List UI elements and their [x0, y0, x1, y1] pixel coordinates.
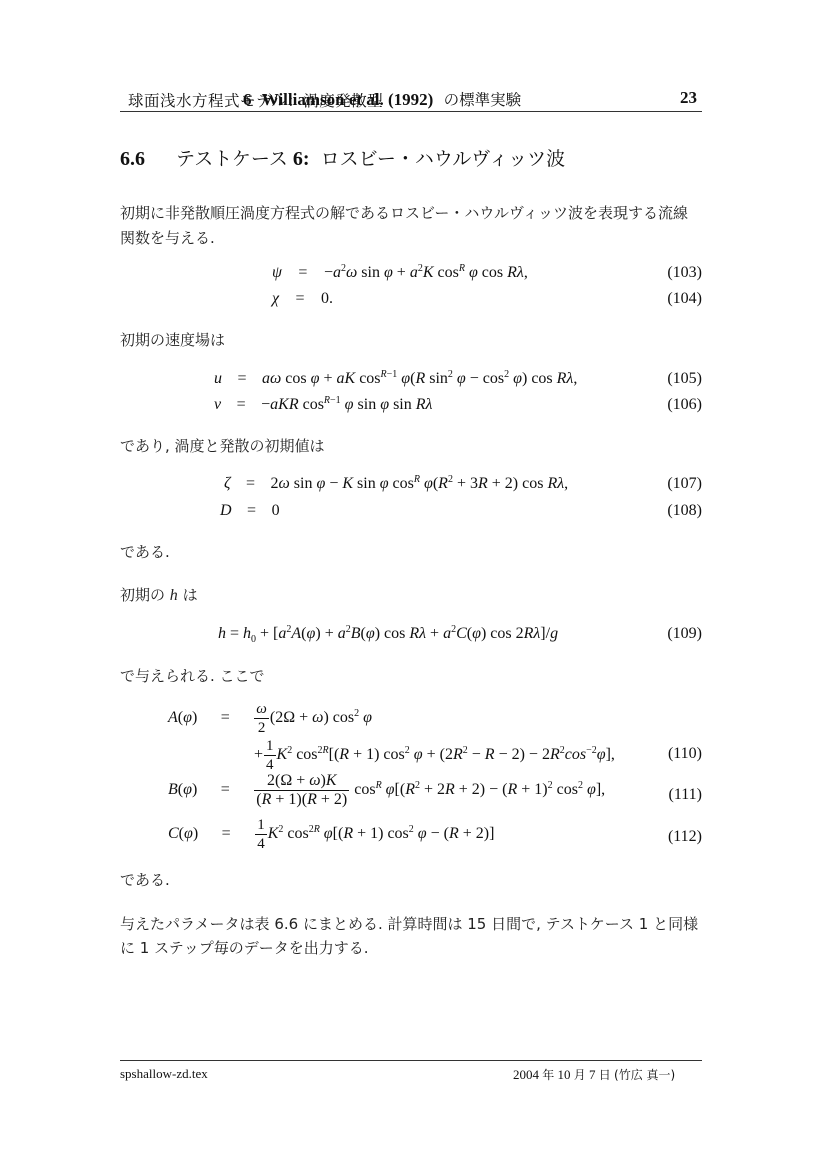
paragraph-intro: 初期に非発散順圧渦度方程式の解であるロスビー・ハウルヴィッツ波を表現する流線関数… — [120, 201, 702, 251]
footer-rule — [120, 1060, 702, 1061]
equation-number: (105) — [667, 370, 702, 388]
equation-number: (112) — [668, 828, 702, 846]
equation-107: ζ=2ω sin φ − K sin φ cosR φ(R2 + 3R + 2)… — [224, 475, 568, 493]
equation-111: B(φ)=2(Ω + ω)K(R + 1)(R + 2) cosR φ[(R2 … — [168, 772, 605, 809]
footer-filename: spshallow-zd.tex — [120, 1066, 208, 1082]
equation-104: χ=0. — [272, 290, 333, 308]
equation-number: (103) — [667, 264, 702, 282]
equation-106: v=−aKR cosR−1 φ sin φ sin Rλ — [214, 396, 432, 414]
equation-number: (108) — [667, 502, 702, 520]
paragraph-velocity: 初期の速度場は — [120, 328, 702, 353]
equation-number: (106) — [667, 396, 702, 414]
paragraph-initial-h: 初期の h は — [120, 583, 702, 608]
equation-110-line1: A(φ)=ω2(2Ω + ω) cos2 φ — [168, 700, 372, 737]
equation-number: (110) — [668, 745, 702, 763]
equation-105: u=aω cos φ + aK cosR−1 φ(R sin2 φ − cos2… — [214, 370, 577, 388]
footer-date-author: 2004 年 10 月 7 日 (竹広 真一) — [513, 1066, 675, 1083]
equation-112: C(φ)=14K2 cos2R φ[(R + 1) cos2 φ − (R + … — [168, 816, 494, 853]
running-header-section: 6 Williamson et al. (1992) の標準実験 — [243, 88, 521, 110]
equation-110-line2: +14K2 cos2R[(R + 1) cos2 φ + (2R2 − R − … — [254, 737, 615, 774]
paragraph-text: である. — [120, 540, 702, 565]
equation-number: (104) — [667, 290, 702, 308]
equation-108: D=0 — [220, 502, 280, 520]
equation-number: (107) — [667, 475, 702, 493]
equation-103: ψ=−a2ω sin φ + a2K cosR φ cos Rλ, — [272, 264, 528, 282]
equation-number: (111) — [669, 786, 702, 804]
paragraph-given: で与えられる. ここで — [120, 664, 702, 689]
equation-109: h = h0 + [a2A(φ) + a2B(φ) cos Rλ + a2C(φ… — [218, 625, 558, 645]
paragraph-text: である. — [120, 868, 702, 893]
paragraph-parameters: 与えたパラメータは表 6.6 にまとめる. 計算時間は 15 日間で, テストケ… — [120, 912, 702, 960]
equation-number: (109) — [667, 625, 702, 643]
paragraph-vorticity: であり, 渦度と発散の初期値は — [120, 434, 702, 459]
header-rule — [120, 111, 702, 112]
page-number: 23 — [680, 88, 697, 108]
section-heading: 6.6 テストケース 6: ロスビー・ハウルヴィッツ波 — [120, 144, 565, 171]
